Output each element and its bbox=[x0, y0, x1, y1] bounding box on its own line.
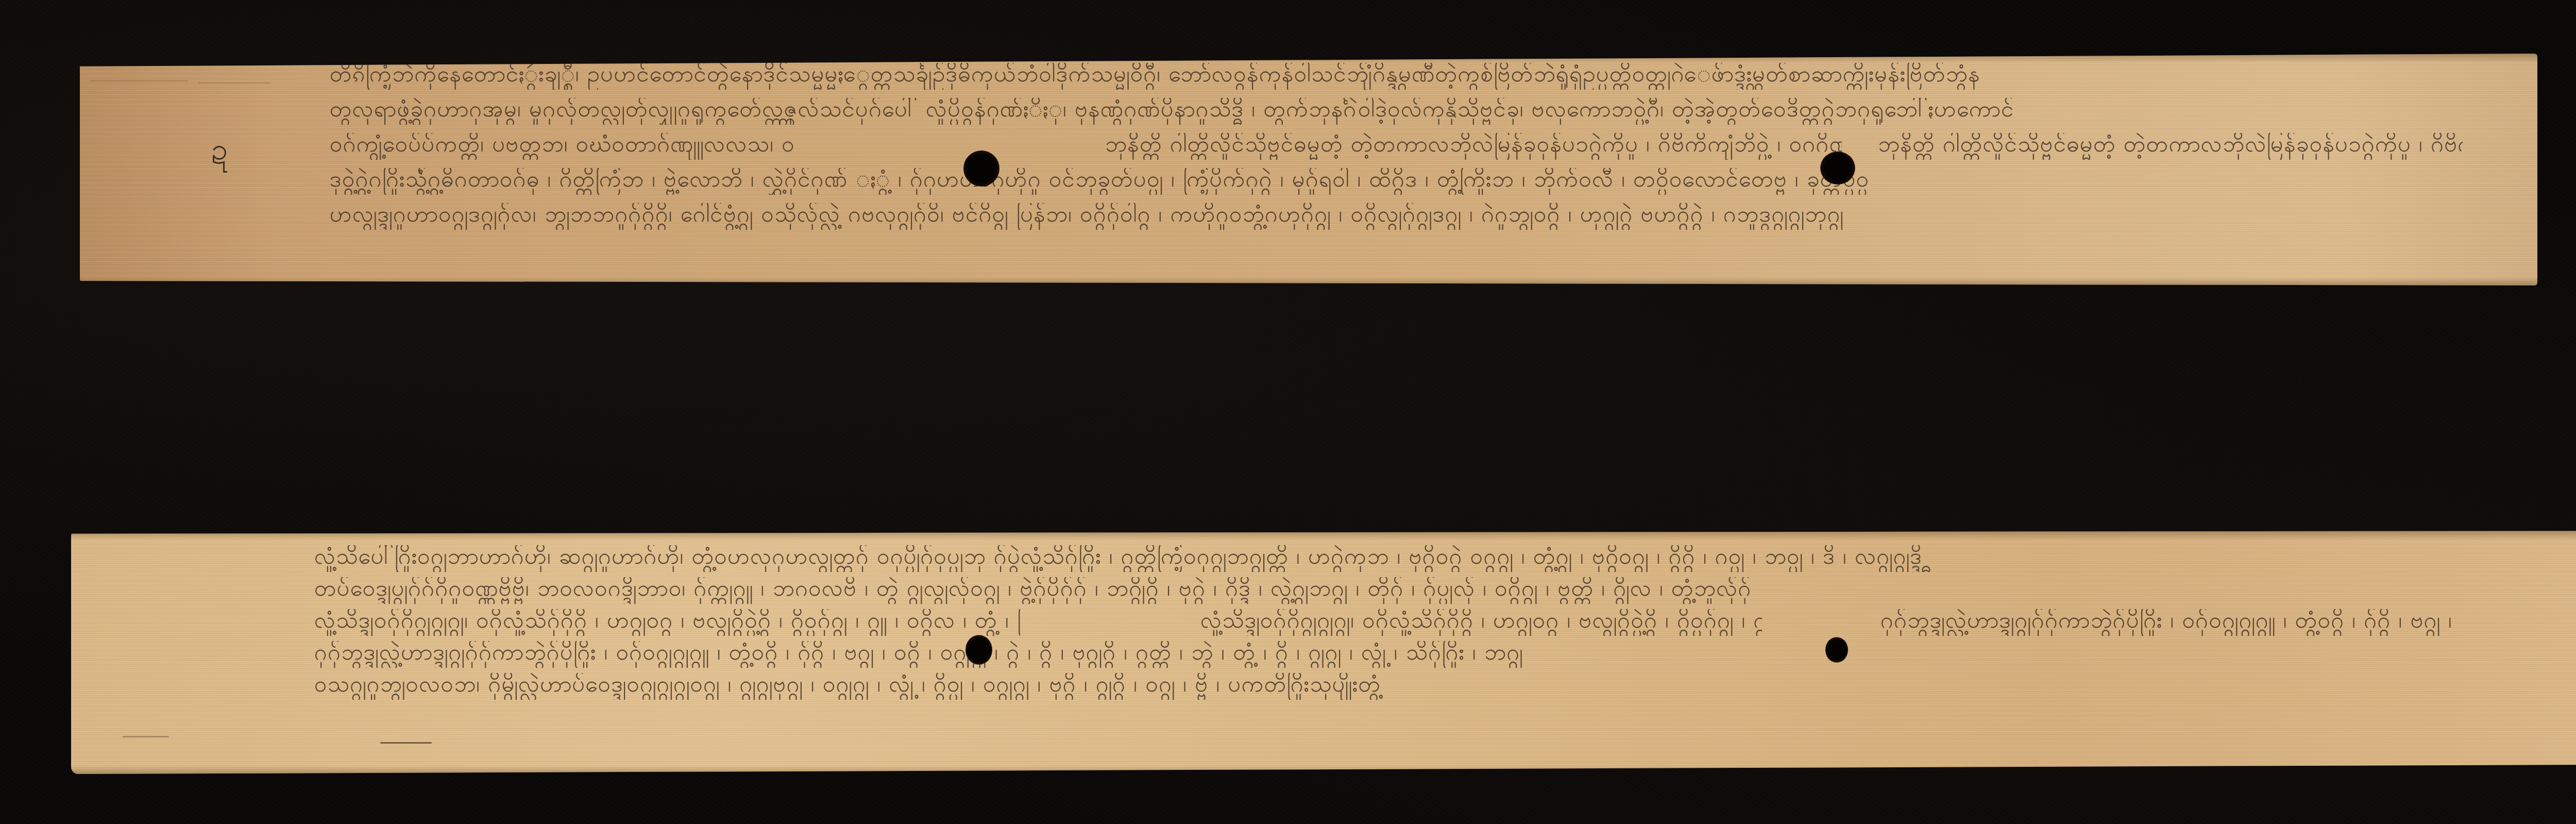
text-line: တွလုရာဖွံ့ခွဲဂုဟာဂုအုမွ၊ မှုဂုလ်ုတလ္လုတ်… bbox=[330, 98, 2463, 125]
text-line: ဂုဂ်ုဘွဒ္ဒုလ္လဲ့ဟာဒ္ဒုဂ္ဂုဂ်ုဂ်ုကာဘွဲဂ်ု… bbox=[1880, 609, 2458, 636]
text-line: လှုံ့သိဒ္ဒုဝဂ်ုဂိုဂ္ဂုဂ္ဂုဂ္ဂု၊ ဝဂိုလှုံ… bbox=[314, 609, 1020, 636]
palm-leaf-bottom: လှုံ့သိပေါ်ဂြိုးဝဂွုဘာဟာဂ်ဟို၊ ဆဂ္ဂုဂူဟာ… bbox=[71, 531, 2576, 774]
palm-leaf-top: ဍ တိၵိကြံ့ဘဲကိုနေတောင်ႏွဴးချ္စီ၊ ဥပဟင်တေ… bbox=[80, 54, 2537, 285]
wear-mark bbox=[90, 80, 188, 81]
text-line: တပ်ဝေဒ္ဒုပွုဂ်ုဂ်ဂိုဂူဝဏ္ဏဗ္ဗိဗ္ဗိ၊ ဘဝလဝ… bbox=[314, 577, 2458, 604]
text-line: တိၵိကြံ့ဘဲကိုနေတောင်ႏွဴးချ္စီ၊ ဥပဟင်တောင… bbox=[330, 63, 2463, 90]
text-line: ဝသဂွုဂူဘွုဝလဝဘ၊ ဂိုမ္ဂိုလ္လဲဟာပ်ဝေဒ္ဒုဝဂ… bbox=[314, 673, 2458, 700]
binding-hole bbox=[1825, 637, 1848, 663]
wear-mark bbox=[198, 82, 270, 83]
binding-hole bbox=[965, 635, 992, 665]
folio-signature-mark: ဍ bbox=[211, 131, 228, 175]
text-line: ဒုဝ္ဂဲ့ဂ္ဂဲ့ဂဂြိုးသ်ွံ့ဂ္ဂ့ဓိဂတာဝဂ်ဓု ၊ … bbox=[330, 168, 2463, 195]
manuscript-text-top: တိၵိကြံ့ဘဲကိုနေတောင်ႏွဴးချ္စီ၊ ဥပဟင်တောင… bbox=[330, 63, 2463, 264]
scratch-mark bbox=[123, 736, 169, 737]
text-line: လှုံ့သိဒ္ဒုဝဂ်ုဂိုဂ္ဂုဂ္ဂုဂ္ဂု၊ ဝဂိုလှုံ… bbox=[1200, 609, 1762, 636]
text-line: လှုံ့သိပေါ်ဂြိုးဝဂွုဘာဟာဂ်ဟို၊ ဆဂ္ဂုဂူဟာ… bbox=[314, 545, 2458, 572]
text-line: ဟလွုဒ္ဒုဂူဟာဝဂ္ဂုဒဂ္ဂုဂ်ုလ၊ ဘွုဘဘဂူဂ်ုဂွ… bbox=[330, 203, 2463, 230]
scratch-mark bbox=[380, 742, 432, 744]
text-line: ဘုနိတ္တိ ဂါတ္တိလှိုင်သိုဗ္ဗင်ဓမ္မတံ့ တဲ့… bbox=[1878, 133, 2463, 160]
binding-hole bbox=[963, 150, 999, 187]
manuscript-text-bottom: လှုံ့သိပေါ်ဂြိုးဝဂွုဘာဟာဂ်ဟို၊ ဆဂ္ဂုဂူဟာ… bbox=[314, 545, 2458, 715]
text-line: ဂုဂ်ုဘွဒ္ဒုလ္လဲ့ဟာဒ္ဒုဂ္ဂုဂ်ုဂ်ုကာဘွဲဂ်ု… bbox=[314, 641, 2458, 668]
binding-hole bbox=[1820, 152, 1855, 184]
text-line: ဝဂ်ကျွံ့ဝေပ်ပ်ကတ္တိ၊ ပဗတ္တဘ၊ ၀ဃံ၀တာဂ်ဏျူ… bbox=[330, 133, 894, 160]
text-line: ဘုနိတ္တိ ဂါတ္တိလှိုင်သိုဗ္ဗင်ဓမ္မတံ့ တဲ့… bbox=[1105, 133, 1842, 160]
